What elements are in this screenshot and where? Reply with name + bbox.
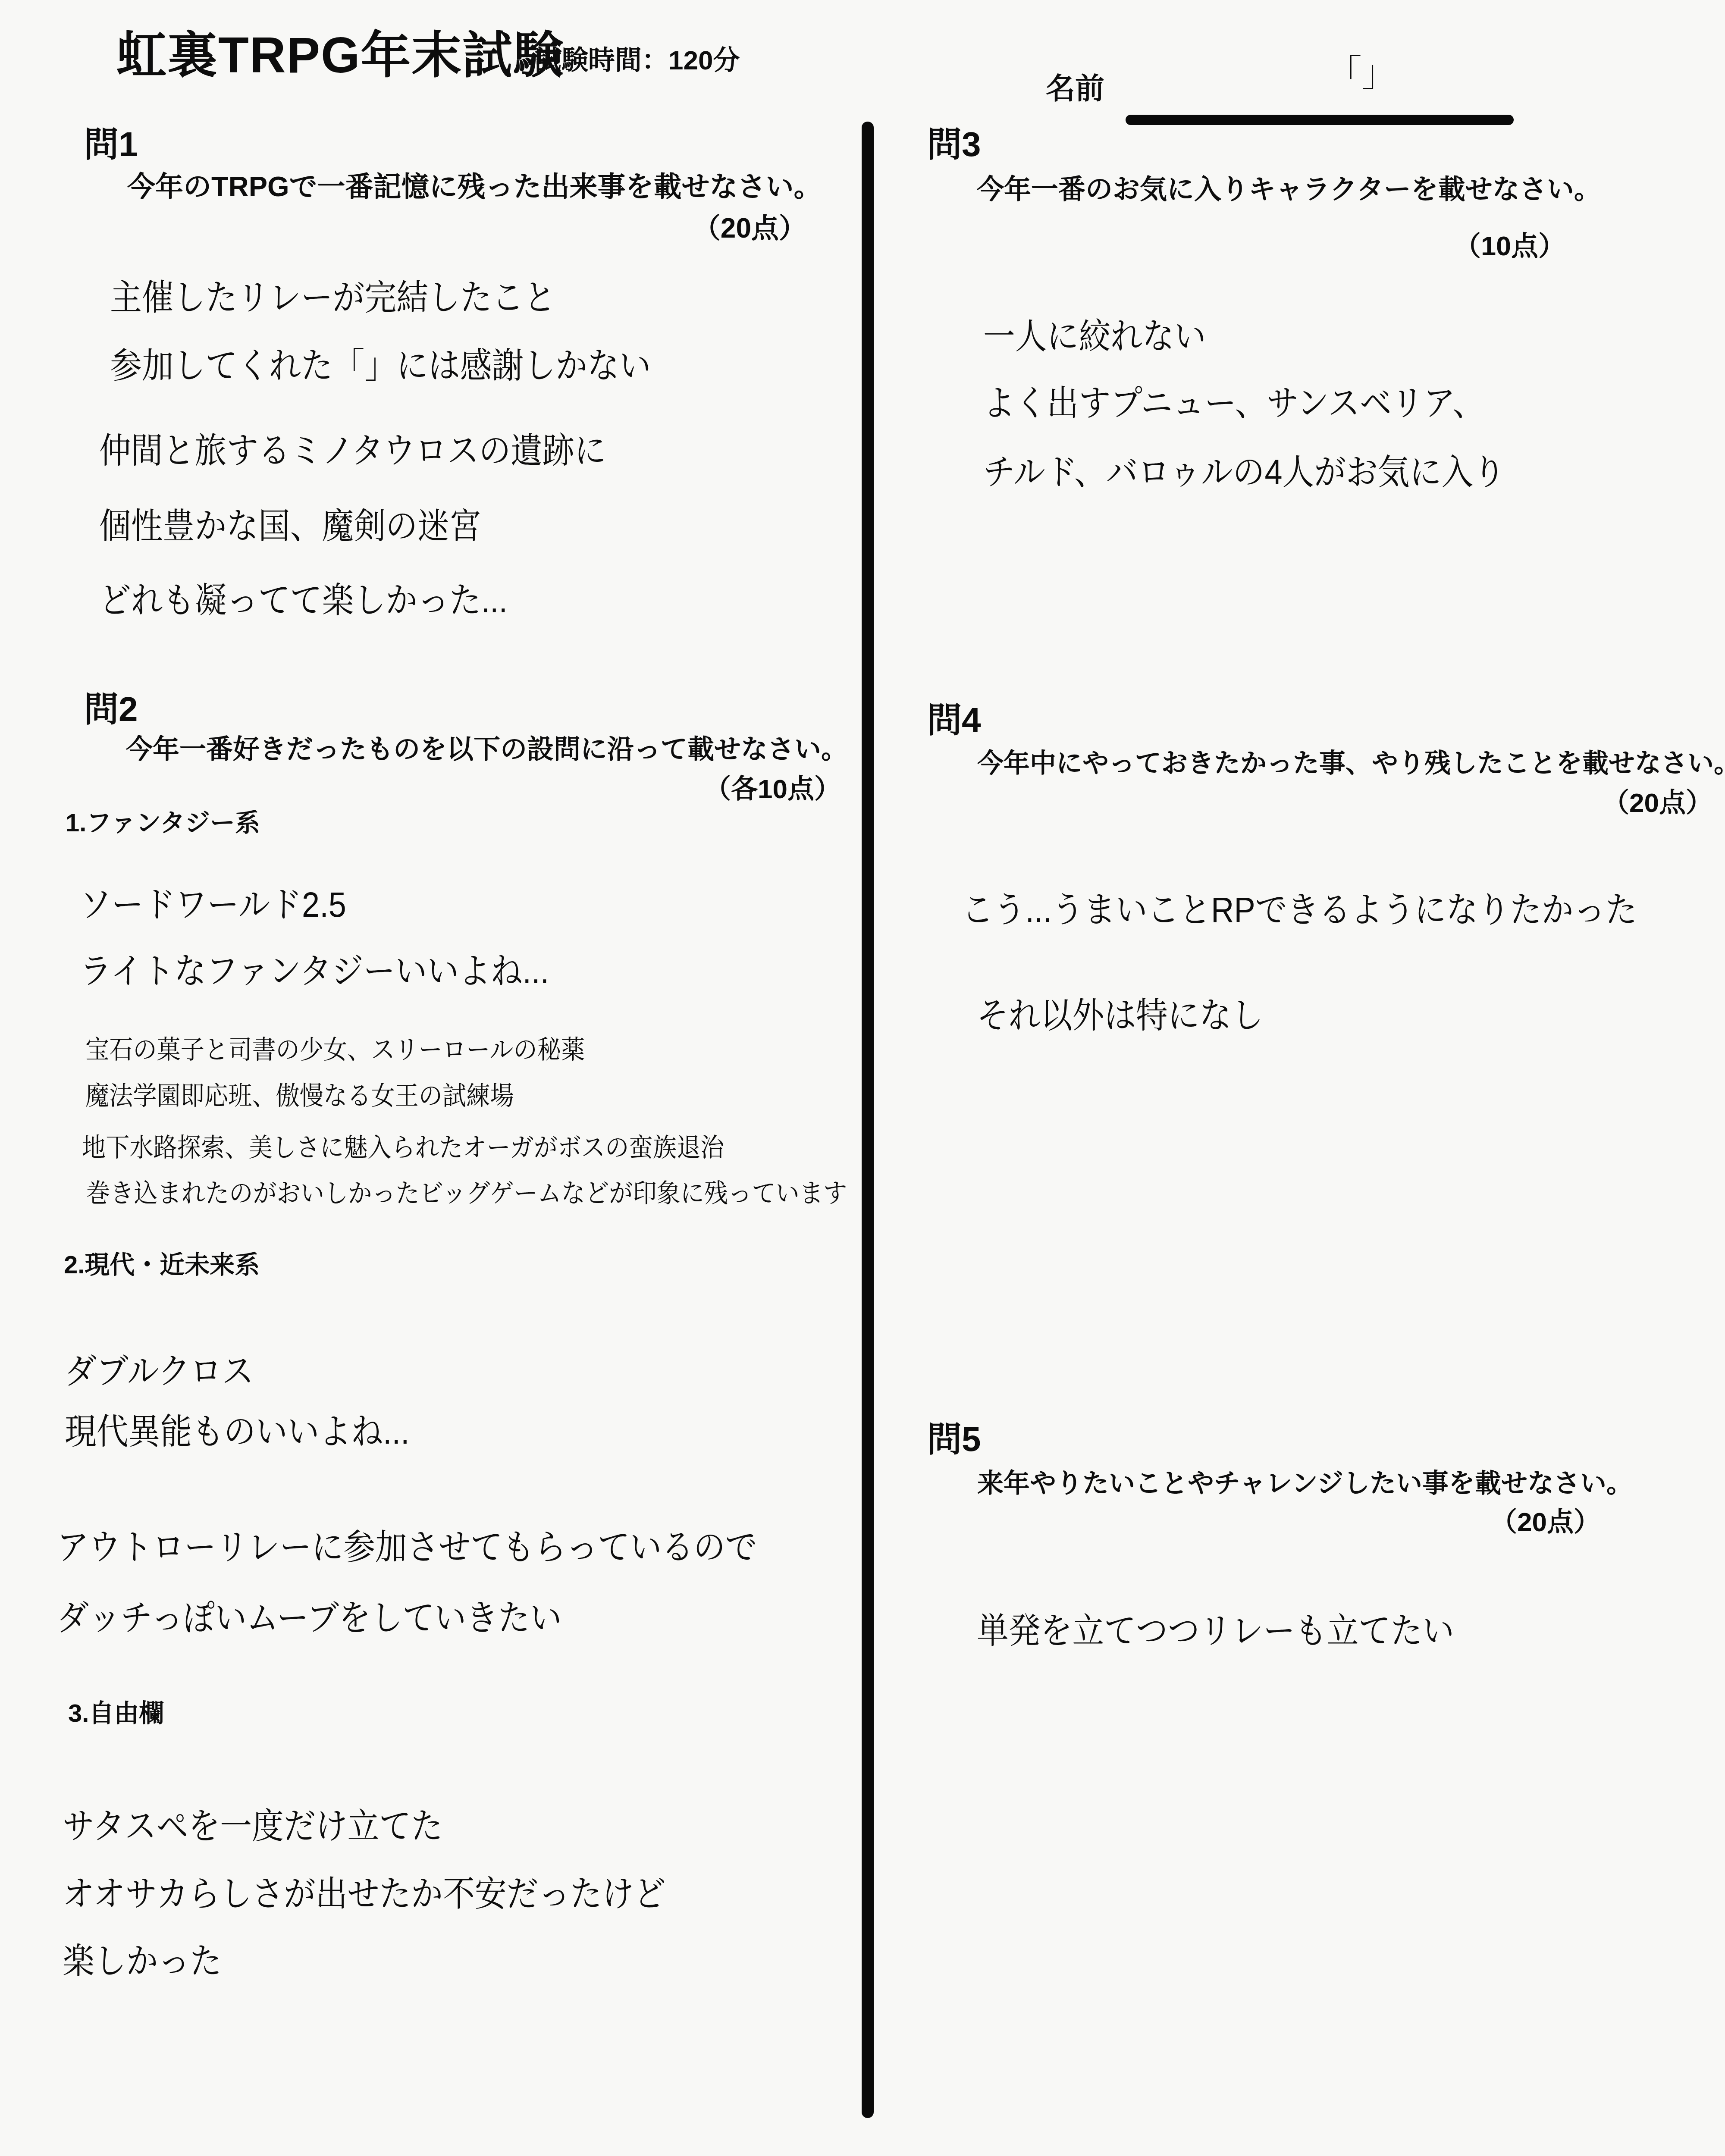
q2-sub3-answer-line: サタスペを一度だけ立てた [63,1809,443,1844]
q2-sub1-note-line: 魔法学園即応班、傲慢なる女王の試練場 [85,1083,514,1109]
q4-answer-line: それ以外は特になし [977,998,1263,1034]
q1-prompt: 今年のTRPGで一番記憶に残った出来事を載せなさい。 [127,172,822,201]
q3-number: 問3 [927,127,981,162]
q1-points: （20点） [125,214,806,242]
q2-points: （各10点） [125,776,841,803]
q2-sub3-answer-line: 楽しかった [63,1944,222,1979]
q1-answer-line: 参加してくれた「」には感謝しかない [110,348,651,384]
q4-answer-line: こう...うまいことRPできるようになりたかった [962,893,1637,928]
q3-answer-line: よく出すプニュー、サンスベリア、 [983,386,1484,421]
exam-sheet: 虹裏TRPG年末試験 試験時間：120分 名前 「」 問1 今年のTRPGで一番… [0,0,1725,2156]
q1-answer-line: 仲間と旅するミノタウロスの遺跡に [99,433,606,469]
q3-prompt: 今年一番のお気に入りキャラクターを載せなさい。 [977,176,1601,203]
column-divider [862,122,874,2118]
q4-number: 問4 [927,703,981,737]
q2-sub2-answer-line: ダブルクロス [65,1354,254,1389]
q2-sub2-answer-line: アウトローリレーに参加させてもらっているので [57,1530,757,1565]
q3-points: （10点） [977,233,1565,260]
q1-number: 問1 [84,127,138,162]
q1-answer-line: どれも凝ってて楽しかった... [99,583,508,618]
q2-sub3-label: 3.自由欄 [68,1701,164,1726]
q2-sub1-note-line: 巻き込まれたのがおいしかったビッグゲームなどが印象に残っています [86,1181,847,1206]
q4-points: （20点） [977,790,1712,817]
q2-sub1-answer-line: ソードワールド2.5 [80,887,346,923]
q1-answer-line: 個性豊かな国、魔剣の迷宮 [99,509,481,544]
q2-sub2-answer-line: 現代異能ものいいよね... [65,1414,410,1450]
q1-answer-line: 主催したリレーが完結したこと [110,280,555,316]
q2-sub1-answer-line: ライトなファンタジーいいよね... [80,954,549,989]
q5-answer-line: 単発を立てつつリレーも立てたい [977,1614,1454,1649]
q3-answer-line: 一人に絞れない [983,319,1206,354]
q2-sub3-answer-line: オオサカらしさが出せたか不安だったけど [63,1877,666,1912]
q5-points: （20点） [977,1509,1600,1536]
exam-time-label: 試験時間：120分 [535,47,740,74]
name-value: 「」 [1328,55,1395,92]
q2-sub2-answer-line: ダッチっぽいムーブをしていきたい [57,1601,561,1636]
q2-sub1-note-line: 宝石の菓子と司書の少女、スリーロールの秘薬 [85,1037,585,1063]
page-title: 虹裏TRPG年末試験 [116,30,564,80]
name-label: 名前 [1046,74,1104,103]
q3-answer-line: チルド、バロゥルの4人がお気に入り [983,455,1505,490]
q2-sub1-note-line: 地下水路探索、美しさに魅入られたオーガがボスの蛮族退治 [82,1135,724,1161]
q2-number: 問2 [84,692,138,727]
name-underline [1126,115,1514,125]
q2-sub1-label: 1.ファンタジー系 [66,811,260,836]
q5-prompt: 来年やりたいことやチャレンジしたい事を載せなさい。 [977,1470,1633,1497]
q2-prompt: 今年一番好きだったものを以下の設問に沿って載せなさい。 [126,736,848,763]
q2-sub2-label: 2.現代・近未来系 [64,1253,260,1278]
q4-prompt: 今年中にやっておきたかった事、やり残したことを載せなさい。 [977,750,1725,777]
q5-number: 問5 [927,1422,981,1457]
